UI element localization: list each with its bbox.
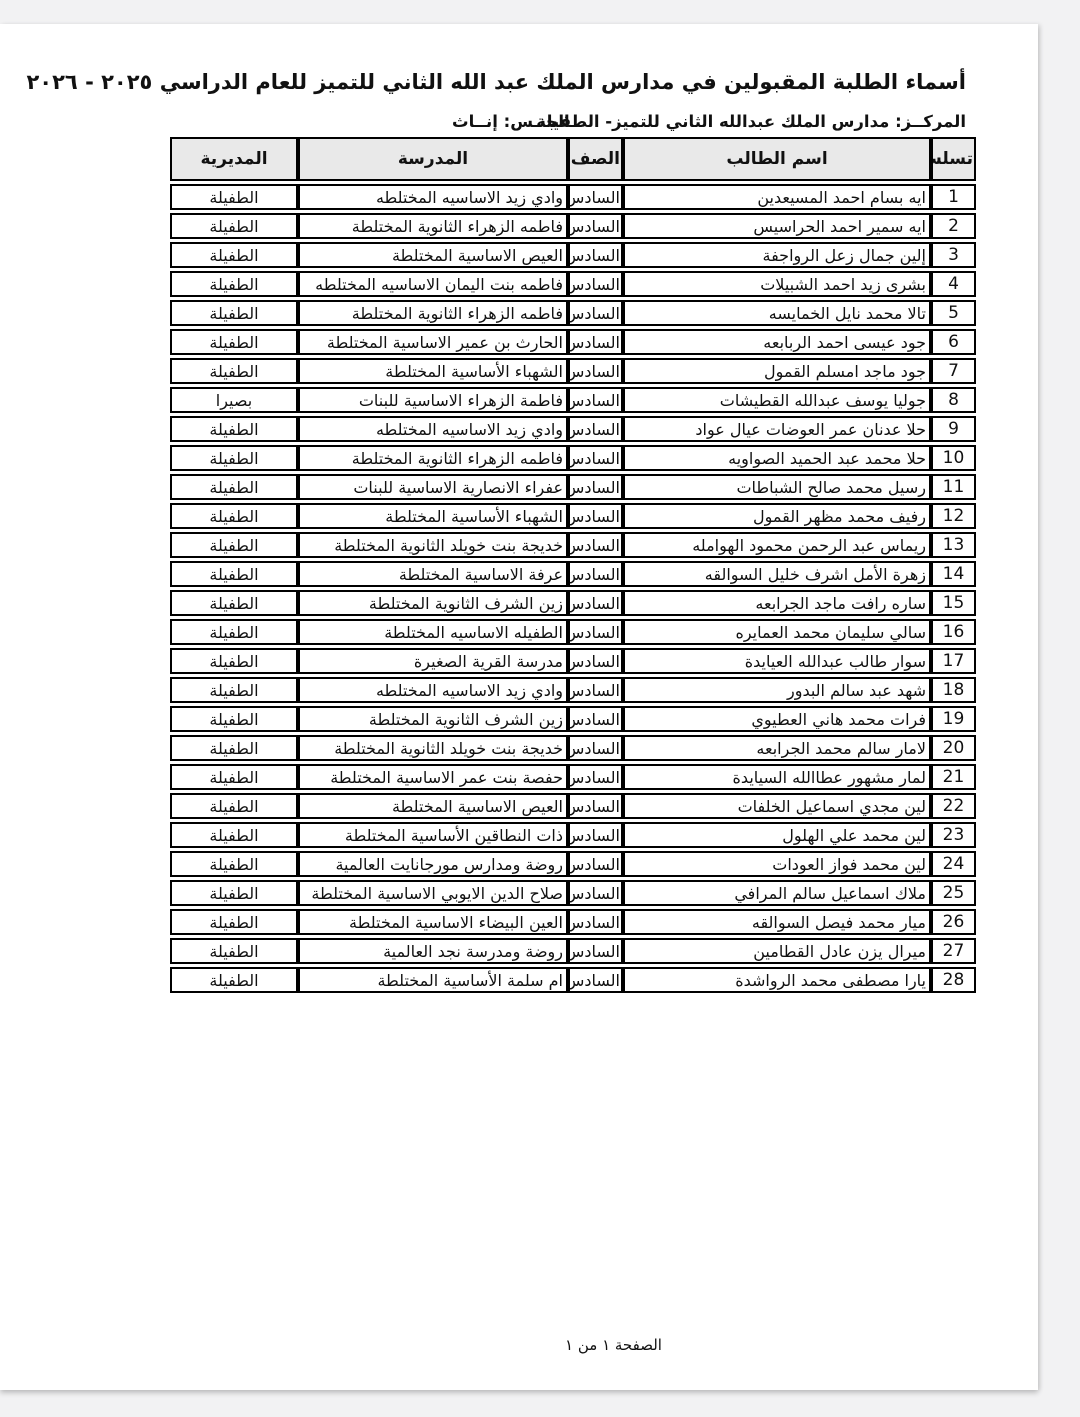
cell-grade: السادس	[568, 735, 623, 761]
cell-school: روضة ومدارس مورجانايت العالمية	[298, 851, 568, 877]
cell-name: جود عيسى احمد الربابعه	[623, 329, 931, 355]
students-tbody: 1ايه بسام احمد المسيعدينالسادسوادي زيد ا…	[170, 184, 976, 993]
student-row: 24لين محمد فواز العوداتالسادسروضة ومدارس…	[170, 851, 976, 877]
cell-serial: 12	[931, 503, 976, 529]
cell-directorate: الطفيلة	[170, 851, 298, 877]
student-row: 9حلا عدنان عمر العوضات عيال عوادالسادسوا…	[170, 416, 976, 442]
cell-directorate: الطفيلة	[170, 706, 298, 732]
cell-grade: السادس	[568, 445, 623, 471]
cell-school: وادي زيد الاساسيه المختلطه	[298, 416, 568, 442]
student-row: 8جوليا يوسف عبدالله القطيشاتالسادسفاطمة …	[170, 387, 976, 413]
cell-serial: 23	[931, 822, 976, 848]
cell-name: جود ماجد امسلم القمول	[623, 358, 931, 384]
cell-school: زين الشرف الثانوية المختلطة	[298, 590, 568, 616]
cell-school: عفراء الانصارية الاساسية للبنات	[298, 474, 568, 500]
cell-directorate: الطفيلة	[170, 880, 298, 906]
cell-grade: السادس	[568, 706, 623, 732]
cell-directorate: الطفيلة	[170, 445, 298, 471]
cell-name: شهد عبد سالم البدور	[623, 677, 931, 703]
cell-name: ساره رافت ماجد الجرابعه	[623, 590, 931, 616]
student-row: 10حلا محمد عبد الحميد الصواويهالسادسفاطم…	[170, 445, 976, 471]
cell-name: فرات محمد هاني العطيوي	[623, 706, 931, 732]
cell-directorate: الطفيلة	[170, 909, 298, 935]
cell-school: ام سلمة الأساسية المختلطة	[298, 967, 568, 993]
student-row: 23لين محمد علي الهلولالسادسذات النطاقين …	[170, 822, 976, 848]
cell-school: زين الشرف الثانوية المختلطة	[298, 706, 568, 732]
student-row: 18شهد عبد سالم البدورالسادسوادي زيد الاس…	[170, 677, 976, 703]
cell-serial: 3	[931, 242, 976, 268]
cell-name: ميرال يزن عادل القطامين	[623, 938, 931, 964]
center-field: المركــز: مدارس الملك عبدالله الثاني للت…	[536, 112, 966, 131]
cell-directorate: الطفيلة	[170, 648, 298, 674]
cell-grade: السادس	[568, 590, 623, 616]
cell-school: فاطمة الزهراء الاساسية للبنات	[298, 387, 568, 413]
cell-grade: السادس	[568, 822, 623, 848]
cell-school: ذات النطاقين الأساسية المختلطة	[298, 822, 568, 848]
cell-serial: 7	[931, 358, 976, 384]
students-table: تسلسل اسم الطالب الصف المدرسة المديرية 1…	[170, 134, 976, 996]
cell-directorate: الطفيلة	[170, 474, 298, 500]
cell-grade: السادس	[568, 938, 623, 964]
cell-name: يارا مصطفى محمد الرواشدة	[623, 967, 931, 993]
cell-serial: 8	[931, 387, 976, 413]
cell-school: وادي زيد الاساسيه المختلطه	[298, 184, 568, 210]
table-header-row: تسلسل اسم الطالب الصف المدرسة المديرية	[170, 137, 976, 181]
cell-serial: 27	[931, 938, 976, 964]
cell-directorate: الطفيلة	[170, 358, 298, 384]
student-row: 27ميرال يزن عادل القطامينالسادسروضة ومدر…	[170, 938, 976, 964]
cell-school: حفصة بنت عمر الاساسية المختلطة	[298, 764, 568, 790]
cell-grade: السادس	[568, 880, 623, 906]
cell-school: الشهباء الأساسية المختلطة	[298, 503, 568, 529]
cell-serial: 14	[931, 561, 976, 587]
student-row: 11رسيل محمد صالح الشباطاتالسادسعفراء الا…	[170, 474, 976, 500]
header-school: المدرسة	[298, 137, 568, 181]
cell-school: خديجة بنت خويلد الثانوية المختلطة	[298, 532, 568, 558]
cell-serial: 5	[931, 300, 976, 326]
cell-directorate: الطفيلة	[170, 213, 298, 239]
cell-school: العين البيضاء الاساسية المختلطة	[298, 909, 568, 935]
cell-directorate: الطفيلة	[170, 503, 298, 529]
header-grade: الصف	[568, 137, 623, 181]
student-row: 2ايه سمير احمد الحراسيسالسادسفاطمه الزهر…	[170, 213, 976, 239]
cell-grade: السادس	[568, 184, 623, 210]
cell-school: روضة ومدرسة نجد العالمية	[298, 938, 568, 964]
student-row: 14زهرة الأمل اشرف خليل السوالقهالسادسعرف…	[170, 561, 976, 587]
cell-directorate: الطفيلة	[170, 561, 298, 587]
cell-directorate: الطفيلة	[170, 764, 298, 790]
cell-school: مدرسة القرية الصغيرة	[298, 648, 568, 674]
gender-label: الجنـس:	[504, 112, 570, 131]
student-row: 3إلين جمال زعل الرواجفةالسادسالعيص الاسا…	[170, 242, 976, 268]
cell-name: بشرى زيد احمد الشبيلات	[623, 271, 931, 297]
student-row: 13ريماس عبد الرحمن محمود الهواملهالسادسخ…	[170, 532, 976, 558]
cell-directorate: الطفيلة	[170, 242, 298, 268]
student-row: 19فرات محمد هاني العطيويالسادسزين الشرف …	[170, 706, 976, 732]
cell-serial: 18	[931, 677, 976, 703]
header-student-name: اسم الطالب	[623, 137, 931, 181]
cell-serial: 21	[931, 764, 976, 790]
cell-directorate: الطفيلة	[170, 619, 298, 645]
cell-serial: 26	[931, 909, 976, 935]
cell-name: جوليا يوسف عبدالله القطيشات	[623, 387, 931, 413]
cell-name: زهرة الأمل اشرف خليل السوالقه	[623, 561, 931, 587]
header-directorate: المديرية	[170, 137, 298, 181]
cell-directorate: الطفيلة	[170, 735, 298, 761]
student-row: 7جود ماجد امسلم القمولالسادسالشهباء الأس…	[170, 358, 976, 384]
cell-grade: السادس	[568, 561, 623, 587]
cell-grade: السادس	[568, 300, 623, 326]
cell-grade: السادس	[568, 358, 623, 384]
cell-serial: 20	[931, 735, 976, 761]
cell-grade: السادس	[568, 242, 623, 268]
cell-serial: 6	[931, 329, 976, 355]
cell-serial: 25	[931, 880, 976, 906]
cell-grade: السادس	[568, 271, 623, 297]
student-row: 12رفيف محمد مظهر القمولالسادسالشهباء الأ…	[170, 503, 976, 529]
cell-directorate: الطفيلة	[170, 329, 298, 355]
student-row: 25ملاك اسماعيل سالم المرافيالسادسصلاح ال…	[170, 880, 976, 906]
cell-serial: 1	[931, 184, 976, 210]
cell-serial: 15	[931, 590, 976, 616]
cell-name: ميار محمد فيصل السوالقه	[623, 909, 931, 935]
cell-grade: السادس	[568, 851, 623, 877]
cell-name: ريماس عبد الرحمن محمود الهوامله	[623, 532, 931, 558]
cell-school: فاطمه الزهراء الثانوية المختلطة	[298, 213, 568, 239]
student-row: 16سالي سليمان محمد العمايرهالسادسالطفيله…	[170, 619, 976, 645]
cell-school: عرفة الاساسية المختلطة	[298, 561, 568, 587]
student-row: 28يارا مصطفى محمد الرواشدةالسادسام سلمة …	[170, 967, 976, 993]
cell-grade: السادس	[568, 677, 623, 703]
cell-directorate: الطفيلة	[170, 590, 298, 616]
cell-directorate: الطفيلة	[170, 532, 298, 558]
student-row: 6جود عيسى احمد الربابعهالسادسالحارث بن ع…	[170, 329, 976, 355]
cell-directorate: الطفيلة	[170, 184, 298, 210]
cell-name: سالي سليمان محمد العمايره	[623, 619, 931, 645]
cell-school: خديجة بنت خويلد الثانوية المختلطة	[298, 735, 568, 761]
cell-school: الطفيله الاساسيه المختلطة	[298, 619, 568, 645]
cell-directorate: الطفيلة	[170, 271, 298, 297]
cell-serial: 19	[931, 706, 976, 732]
cell-name: إلين جمال زعل الرواجفة	[623, 242, 931, 268]
cell-school: العيص الاساسية المختلطة	[298, 793, 568, 819]
cell-school: الحارث بن عمير الاساسية المختلطة	[298, 329, 568, 355]
page-footer: الصفحة ١ من ١	[565, 1336, 662, 1354]
cell-directorate: الطفيلة	[170, 938, 298, 964]
cell-directorate: الطفيلة	[170, 822, 298, 848]
cell-serial: 24	[931, 851, 976, 877]
cell-serial: 17	[931, 648, 976, 674]
cell-school: صلاح الدين الايوبي الاساسية المختلطة	[298, 880, 568, 906]
student-row: 4بشرى زيد احمد الشبيلاتالسادسفاطمه بنت ا…	[170, 271, 976, 297]
cell-grade: السادس	[568, 909, 623, 935]
student-row: 21لمار مشهور عطاالله السيايدةالسادسحفصة …	[170, 764, 976, 790]
cell-grade: السادس	[568, 764, 623, 790]
cell-directorate: الطفيلة	[170, 793, 298, 819]
cell-grade: السادس	[568, 474, 623, 500]
gender-value: إنــاث	[452, 112, 498, 131]
cell-name: ايه بسام احمد المسيعدين	[623, 184, 931, 210]
center-value: مدارس الملك عبدالله الثاني للتميز- الطفي…	[536, 112, 889, 131]
cell-serial: 10	[931, 445, 976, 471]
cell-directorate: الطفيلة	[170, 677, 298, 703]
cell-serial: 13	[931, 532, 976, 558]
cell-name: لين مجدي اسماعيل الخلفات	[623, 793, 931, 819]
cell-name: لين محمد فواز العودات	[623, 851, 931, 877]
student-row: 17سوار طالب عبدالله العيايدةالسادسمدرسة …	[170, 648, 976, 674]
cell-directorate: الطفيلة	[170, 967, 298, 993]
cell-name: رفيف محمد مظهر القمول	[623, 503, 931, 529]
cell-name: لين محمد علي الهلول	[623, 822, 931, 848]
student-row: 15ساره رافت ماجد الجرابعهالسادسزين الشرف…	[170, 590, 976, 616]
cell-directorate: بصيرا	[170, 387, 298, 413]
cell-name: سوار طالب عبدالله العيايدة	[623, 648, 931, 674]
student-row: 20لامار سالم محمد الجرابعهالسادسخديجة بن…	[170, 735, 976, 761]
gender-field: الجنـس: إنــاث	[452, 112, 570, 131]
cell-grade: السادس	[568, 213, 623, 239]
cell-serial: 9	[931, 416, 976, 442]
cell-name: رسيل محمد صالح الشباطات	[623, 474, 931, 500]
student-row: 26ميار محمد فيصل السوالقهالسادسالعين الب…	[170, 909, 976, 935]
cell-serial: 22	[931, 793, 976, 819]
cell-school: الشهباء الأساسية المختلطة	[298, 358, 568, 384]
cell-grade: السادس	[568, 416, 623, 442]
center-label: المركــز:	[895, 112, 966, 131]
cell-name: لامار سالم محمد الجرابعه	[623, 735, 931, 761]
cell-school: فاطمه الزهراء الثانوية المختلطة	[298, 300, 568, 326]
cell-grade: السادس	[568, 503, 623, 529]
page-title: أسماء الطلبة المقبولين في مدارس الملك عب…	[26, 70, 966, 94]
cell-serial: 2	[931, 213, 976, 239]
cell-directorate: الطفيلة	[170, 416, 298, 442]
cell-name: تالا محمد نايل الخمايسه	[623, 300, 931, 326]
cell-name: حلا عدنان عمر العوضات عيال عواد	[623, 416, 931, 442]
document-page: أسماء الطلبة المقبولين في مدارس الملك عب…	[0, 24, 1038, 1390]
cell-grade: السادس	[568, 387, 623, 413]
cell-directorate: الطفيلة	[170, 300, 298, 326]
cell-name: لمار مشهور عطاالله السيايدة	[623, 764, 931, 790]
cell-serial: 16	[931, 619, 976, 645]
cell-school: فاطمه الزهراء الثانوية المختلطة	[298, 445, 568, 471]
document-canvas: { "page": { "title": "أسماء الطلبة المقب…	[0, 0, 1080, 1417]
cell-serial: 4	[931, 271, 976, 297]
cell-school: العيص الاساسية المختلطة	[298, 242, 568, 268]
student-row: 22لين مجدي اسماعيل الخلفاتالسادسالعيص ال…	[170, 793, 976, 819]
cell-grade: السادس	[568, 329, 623, 355]
cell-serial: 11	[931, 474, 976, 500]
student-row: 5تالا محمد نايل الخمايسهالسادسفاطمه الزه…	[170, 300, 976, 326]
student-row: 1ايه بسام احمد المسيعدينالسادسوادي زيد ا…	[170, 184, 976, 210]
cell-name: حلا محمد عبد الحميد الصواويه	[623, 445, 931, 471]
cell-grade: السادس	[568, 619, 623, 645]
cell-grade: السادس	[568, 648, 623, 674]
cell-grade: السادس	[568, 532, 623, 558]
header-serial: تسلسل	[931, 137, 976, 181]
cell-name: ايه سمير احمد الحراسيس	[623, 213, 931, 239]
cell-school: فاطمه بنت اليمان الاساسيه المختلطه	[298, 271, 568, 297]
cell-serial: 28	[931, 967, 976, 993]
cell-grade: السادس	[568, 967, 623, 993]
cell-school: وادي زيد الاساسيه المختلطه	[298, 677, 568, 703]
cell-grade: السادس	[568, 793, 623, 819]
cell-name: ملاك اسماعيل سالم المرافي	[623, 880, 931, 906]
